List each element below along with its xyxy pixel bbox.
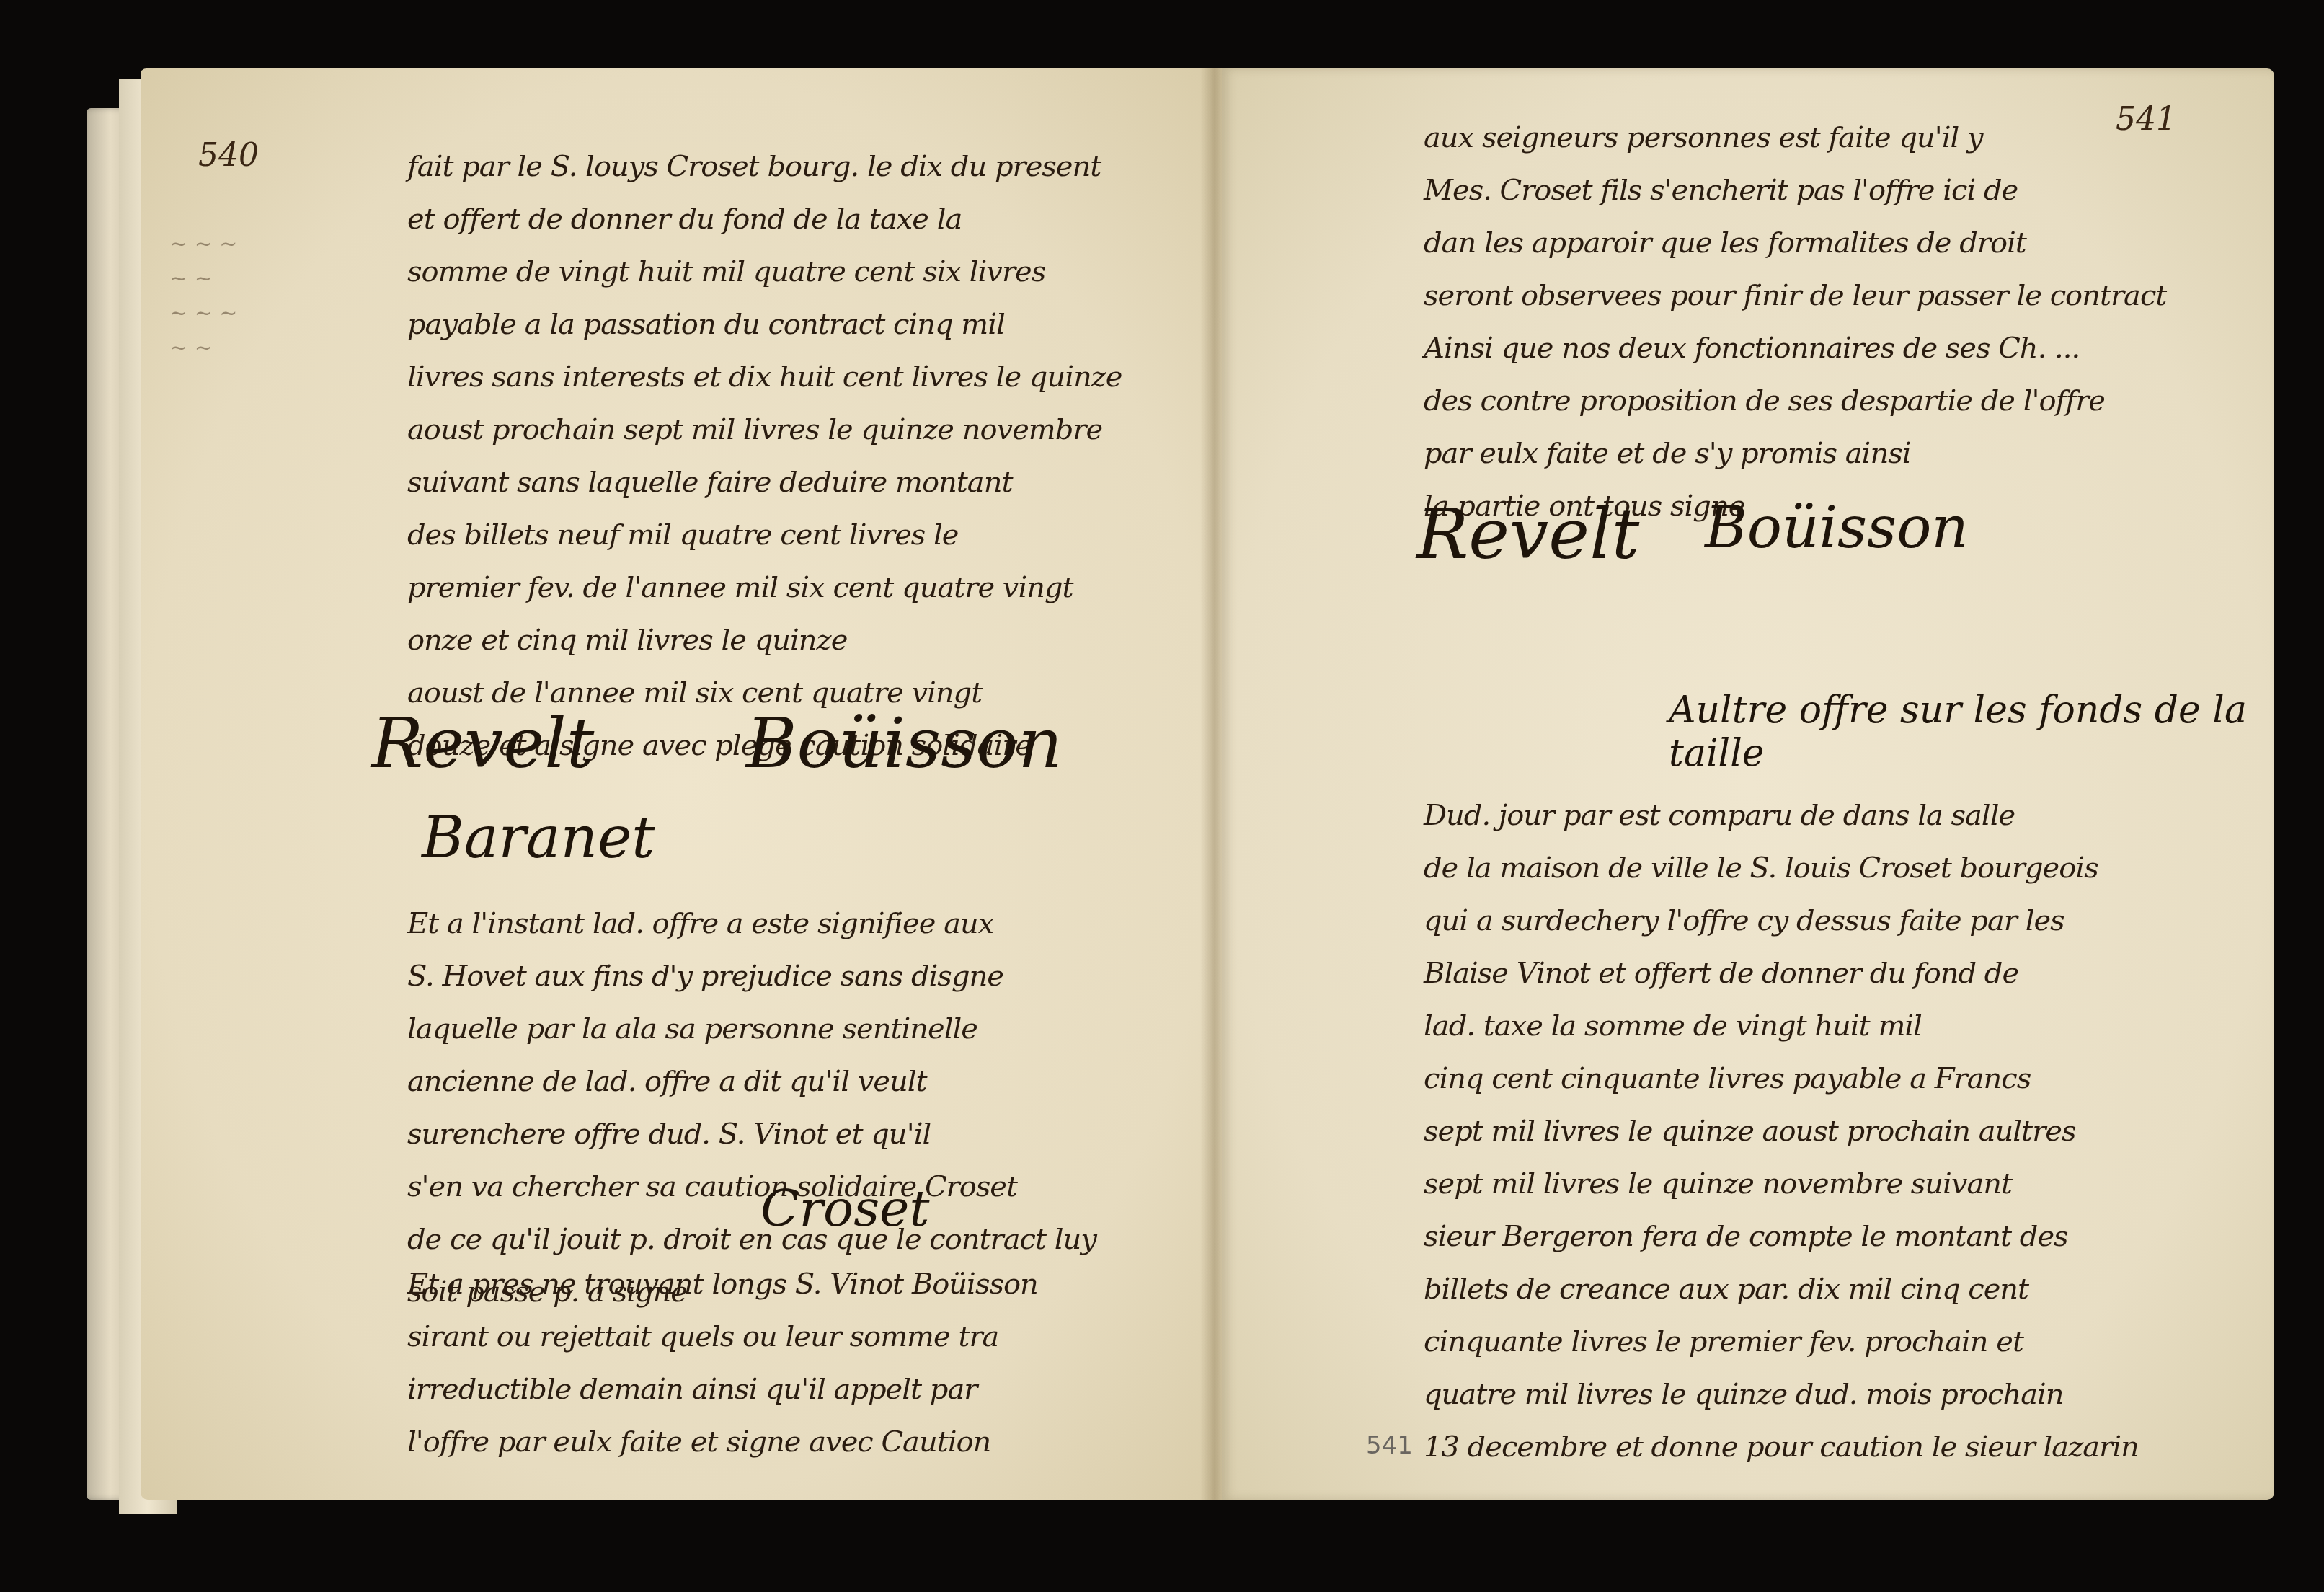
signature-bouisson-left: Boüisson [746, 703, 1063, 784]
manuscript-line: fait par le S. louys Croset bourg. le di… [407, 141, 1122, 193]
manuscript-line: payable a la passation du contract cinq … [407, 298, 1122, 351]
manuscript-line: lad. taxe la somme de vingt huit mil [1424, 1000, 2139, 1053]
manuscript-line: billets de creance aux par. dix mil cinq… [1424, 1263, 2139, 1316]
manuscript-line: cinq cent cinquante livres payable a Fra… [1424, 1053, 2139, 1105]
left-page-text-block-1: fait par le S. louys Croset bourg. le di… [407, 141, 1122, 772]
right-page-text-block-2: Dud. jour par est comparu de dans la sal… [1424, 790, 2139, 1474]
manuscript-line: et offert de donner du fond de la taxe l… [407, 193, 1122, 246]
manuscript-line: ancienne de lad. offre a dit qu'il veult [407, 1056, 1096, 1108]
manuscript-line: Et a pres ne trouvant longs S. Vinot Boü… [407, 1258, 1038, 1311]
manuscript-line: sieur Bergeron fera de compte le montant… [1424, 1211, 2139, 1263]
signature-bouisson-right: Boüisson [1705, 494, 1969, 561]
right-page: 541 aux seigneurs personnes est faite qu… [1222, 68, 2274, 1500]
manuscript-line: Ainsi que nos deux fonctionnaires de ses… [1424, 322, 2166, 375]
manuscript-line: quatre mil livres le quinze dud. mois pr… [1424, 1368, 2139, 1421]
signature-croset: Croset [760, 1179, 930, 1238]
manuscript-line: laquelle par la ala sa personne sentinel… [407, 1003, 1096, 1056]
manuscript-line: sept mil livres le quinze aoust prochain… [1424, 1105, 2139, 1158]
signature-revelt-right: Revelt [1416, 494, 1639, 575]
manuscript-line: Dud. jour par est comparu de dans la sal… [1424, 790, 2139, 842]
manuscript-line: irreductible demain ainsi qu'il appelt p… [407, 1363, 1038, 1416]
manuscript-line: surenchere offre dud. S. Vinot et qu'il [407, 1108, 1096, 1161]
left-page-text-block-3: Et a pres ne trouvant longs S. Vinot Boü… [407, 1258, 1038, 1469]
manuscript-line: sept mil livres le quinze novembre suiva… [1424, 1158, 2139, 1211]
manuscript-line: onze et cinq mil livres le quinze [407, 614, 1122, 667]
manuscript-line: seront observees pour finir de leur pass… [1424, 270, 2166, 322]
manuscript-line: S. Hovet aux fins d'y prejudice sans dis… [407, 950, 1096, 1003]
left-page-text-block-2: Et a l'instant lad. offre a este signifi… [407, 898, 1096, 1319]
manuscript-line: Et a l'instant lad. offre a este signifi… [407, 898, 1096, 950]
manuscript-line: cinquante livres le premier fev. prochai… [1424, 1316, 2139, 1368]
manuscript-line: sirant ou rejettait quels ou leur somme … [407, 1311, 1038, 1363]
manuscript-line: l'offre par eulx faite et signe avec Cau… [407, 1416, 1038, 1469]
pencil-page-number: 541 [1366, 1431, 1413, 1460]
left-margin-bleedthrough: ~ ~ ~~ ~~ ~ ~~ ~ [169, 227, 237, 366]
section-heading: Aultre offre sur les fonds de la taille [1669, 689, 2274, 775]
right-page-text-block-1: aux seigneurs personnes est faite qu'il … [1424, 112, 2166, 533]
folio-number-left: 540 [198, 137, 259, 174]
manuscript-line: qui a surdechery l'offre cy dessus faite… [1424, 895, 2139, 947]
manuscript-line: suivant sans laquelle faire deduire mont… [407, 456, 1122, 509]
manuscript-line: Blaise Vinot et offert de donner du fond… [1424, 947, 2139, 1000]
signature-baranet: Baranet [422, 804, 655, 871]
manuscript-line: livres sans interests et dix huit cent l… [407, 351, 1122, 404]
signature-revelt-left: Revelt [371, 703, 594, 784]
left-page: 540 ~ ~ ~~ ~~ ~ ~~ ~ fait par le S. louy… [141, 68, 1222, 1500]
manuscript-line: somme de vingt huit mil quatre cent six … [407, 246, 1122, 298]
manuscript-line: aux seigneurs personnes est faite qu'il … [1424, 112, 2166, 164]
manuscript-line: dan les apparoir que les formalites de d… [1424, 217, 2166, 270]
manuscript-line: s'en va chercher sa caution solidaire Cr… [407, 1161, 1096, 1213]
manuscript-line: Mes. Croset fils s'encherit pas l'offre … [1424, 164, 2166, 217]
manuscript-line: des billets neuf mil quatre cent livres … [407, 509, 1122, 562]
manuscript-line: de la maison de ville le S. louis Croset… [1424, 842, 2139, 895]
manuscript-line: des contre proposition de ses despartie … [1424, 375, 2166, 428]
manuscript-line: 13 decembre et donne pour caution le sie… [1424, 1421, 2139, 1474]
manuscript-line: par eulx faite et de s'y promis ainsi [1424, 428, 2166, 480]
manuscript-line: premier fev. de l'annee mil six cent qua… [407, 562, 1122, 614]
manuscript-line: aoust prochain sept mil livres le quinze… [407, 404, 1122, 456]
